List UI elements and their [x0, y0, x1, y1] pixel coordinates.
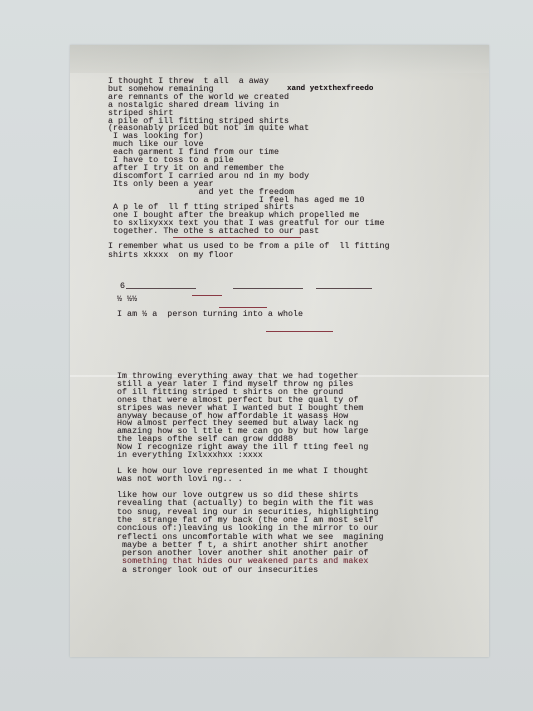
- rule-line: [126, 288, 196, 289]
- text-line: a stronger look out of our insecurities: [117, 566, 318, 575]
- margin-note: xand yetxthexfreedo: [287, 85, 373, 94]
- rule-line: [316, 288, 372, 289]
- fragment-line: I am ½ a person turning into a whole: [117, 310, 303, 319]
- fragment-number: 6: [120, 282, 125, 291]
- rule-line: [233, 288, 303, 289]
- red-rule: [266, 331, 333, 332]
- typewritten-paper-sheet: xand yetxthexfreedo I thought I threw t …: [70, 45, 489, 657]
- red-rule: [219, 307, 267, 308]
- text-line: shirts xkxxx on my floor: [108, 251, 234, 260]
- text-line: was not worth lovi ng.. .: [117, 475, 243, 484]
- text-line: together. The othe s attached to our pas…: [108, 227, 319, 236]
- text-line: in everything Ixlxxxhxx :xxxx: [117, 451, 263, 460]
- fragment-fractions: ½ ½½: [117, 295, 137, 304]
- red-rule: [192, 295, 222, 296]
- red-underline: [173, 237, 301, 238]
- typewritten-text: xand yetxthexfreedo I thought I threw t …: [70, 45, 489, 657]
